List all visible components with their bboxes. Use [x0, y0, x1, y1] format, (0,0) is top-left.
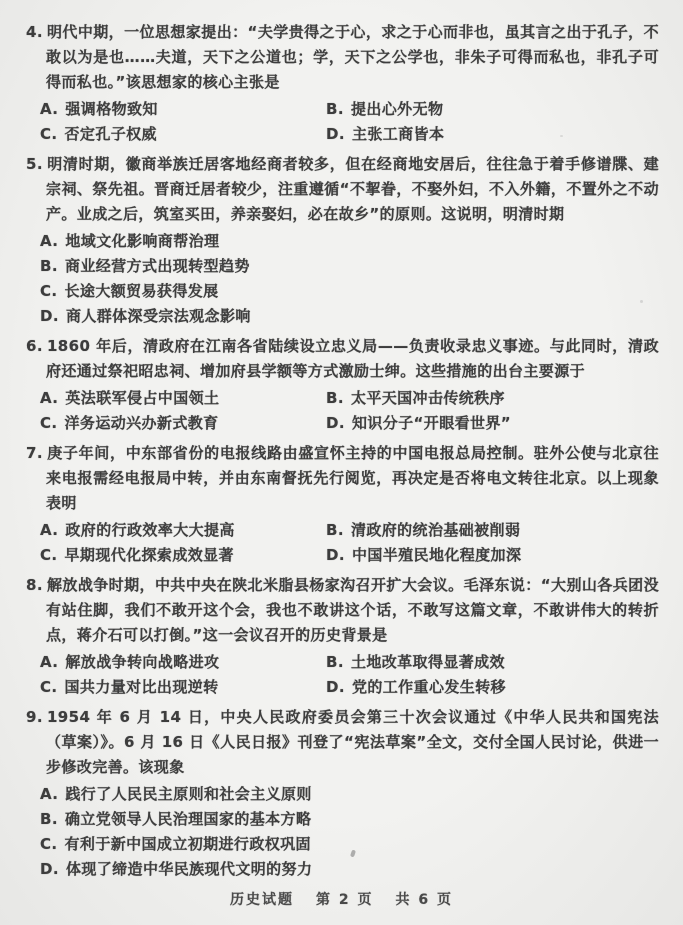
option-text: 地域文化影响商帮治理	[65, 232, 219, 250]
option-text: 商业经营方式出现转型趋势	[65, 257, 250, 275]
exam-page: 4.明代中期，一位思想家提出：“夫学贵得之于心，求之于心而非也，虽其言之出于孔子…	[0, 0, 683, 925]
question-number: 5.	[26, 155, 43, 173]
option-label: B.	[40, 257, 58, 275]
question-stem-line: 5.明清时期，徽商举族迁居客地经商者较多，但在经商地安居后，往往急于着手修谱牒、…	[26, 152, 659, 227]
option-label: D.	[40, 307, 59, 325]
option-label: A.	[40, 653, 58, 671]
option-text: 商人群体深受宗法观念影响	[66, 307, 251, 325]
options: A.地域文化影响商帮治理B.商业经营方式出现转型趋势C.长途大额贸易获得发展D.…	[40, 229, 659, 329]
option-label: C.	[40, 546, 58, 564]
options: A.践行了人民民主原则和社会主义原则B.确立党领导人民治理国家的基本方略C.有利…	[40, 782, 659, 882]
options: A.英法联军侵占中国领土B.太平天国冲击传统秩序C.洋务运动兴办新式教育D.知识…	[40, 386, 659, 436]
option-label: A.	[40, 785, 58, 803]
option-text: 否定孔子权威	[65, 125, 157, 143]
question-number: 9.	[26, 708, 43, 726]
question-block: 4.明代中期，一位思想家提出：“夫学贵得之于心，求之于心而非也，虽其言之出于孔子…	[26, 20, 659, 147]
option-row: D.商人群体深受宗法观念影响	[40, 304, 659, 329]
option-row: D.党的工作重心发生转移	[326, 675, 659, 700]
option-text: 清政府的统治基础被削弱	[351, 521, 520, 539]
question-stem: 1954 年 6 月 14 日，中央人民政府委员会第三十次会议通过《中华人民共和…	[46, 708, 659, 776]
option-label: D.	[326, 678, 345, 696]
option-row: B.土地改革取得显著成效	[326, 650, 659, 675]
option-row: D.体现了缔造中华民族现代文明的努力	[40, 857, 659, 882]
option-row: B.商业经营方式出现转型趋势	[40, 254, 659, 279]
option-text: 早期现代化探索成效显著	[65, 546, 234, 564]
question-stem-line: 4.明代中期，一位思想家提出：“夫学贵得之于心，求之于心而非也，虽其言之出于孔子…	[26, 20, 659, 95]
option-label: A.	[40, 100, 58, 118]
options: A.政府的行政效率大大提高B.清政府的统治基础被削弱C.早期现代化探索成效显著D…	[40, 518, 659, 568]
question-stem: 1860 年后，清政府在江南各省陆续设立忠义局——负责收录忠义事迹。与此同时，清…	[46, 337, 659, 380]
option-text: 提出心外无物	[351, 100, 443, 118]
option-label: B.	[326, 389, 344, 407]
option-row: A.解放战争转向战略进攻	[40, 650, 326, 675]
option-label: C.	[40, 282, 58, 300]
option-text: 体现了缔造中华民族现代文明的努力	[66, 860, 312, 878]
option-row: C.洋务运动兴办新式教育	[40, 411, 326, 436]
options: A.解放战争转向战略进攻B.土地改革取得显著成效C.国共力量对比出现逆转D.党的…	[40, 650, 659, 700]
option-label: A.	[40, 232, 58, 250]
option-label: A.	[40, 521, 58, 539]
option-text: 确立党领导人民治理国家的基本方略	[65, 810, 311, 828]
option-text: 政府的行政效率大大提高	[65, 521, 234, 539]
option-row: D.中国半殖民地化程度加深	[326, 543, 659, 568]
option-text: 国共力量对比出现逆转	[65, 678, 219, 696]
option-row: B.清政府的统治基础被削弱	[326, 518, 659, 543]
question-stem-line: 8.解放战争时期，中共中央在陕北米脂县杨家沟召开扩大会议。毛泽东说：“大别山各兵…	[26, 573, 659, 648]
option-row: C.早期现代化探索成效显著	[40, 543, 326, 568]
option-row: A.政府的行政效率大大提高	[40, 518, 326, 543]
question-block: 9.1954 年 6 月 14 日，中央人民政府委员会第三十次会议通过《中华人民…	[26, 705, 659, 882]
question-block: 6.1860 年后，清政府在江南各省陆续设立忠义局——负责收录忠义事迹。与此同时…	[26, 334, 659, 436]
option-label: B.	[326, 100, 344, 118]
option-text: 强调格物致知	[65, 100, 157, 118]
option-row: B.太平天国冲击传统秩序	[326, 386, 659, 411]
option-label: D.	[40, 860, 59, 878]
option-label: B.	[40, 810, 58, 828]
question-stem: 明代中期，一位思想家提出：“夫学贵得之于心，求之于心而非也，虽其言之出于孔子，不…	[46, 23, 659, 91]
option-row: B.提出心外无物	[326, 97, 659, 122]
option-row: C.国共力量对比出现逆转	[40, 675, 326, 700]
option-row: A.践行了人民民主原则和社会主义原则	[40, 782, 659, 807]
option-text: 践行了人民民主原则和社会主义原则	[65, 785, 311, 803]
option-row: D.知识分子“开眼看世界”	[326, 411, 659, 436]
option-text: 太平天国冲击传统秩序	[351, 389, 505, 407]
option-text: 洋务运动兴办新式教育	[65, 414, 219, 432]
question-number: 6.	[26, 337, 43, 355]
option-row: D.主张工商皆本	[326, 122, 659, 147]
question-stem-line: 7.庚子年间，中东部省份的电报线路由盛宣怀主持的中国电报总局控制。驻外公使与北京…	[26, 441, 659, 516]
option-row: A.英法联军侵占中国领土	[40, 386, 326, 411]
options: A.强调格物致知B.提出心外无物C.否定孔子权威D.主张工商皆本	[40, 97, 659, 147]
option-label: A.	[40, 389, 58, 407]
question-number: 7.	[26, 444, 43, 462]
question-stem-line: 9.1954 年 6 月 14 日，中央人民政府委员会第三十次会议通过《中华人民…	[26, 705, 659, 780]
question-number: 4.	[26, 23, 43, 41]
question-stem: 庚子年间，中东部省份的电报线路由盛宣怀主持的中国电报总局控制。驻外公使与北京往来…	[46, 444, 659, 512]
question-stem: 明清时期，徽商举族迁居客地经商者较多，但在经商地安居后，往往急于着手修谱牒、建宗…	[46, 155, 659, 223]
footer-page-number: 第 2 页	[316, 889, 374, 909]
option-text: 党的工作重心发生转移	[352, 678, 506, 696]
question-block: 7.庚子年间，中东部省份的电报线路由盛宣怀主持的中国电报总局控制。驻外公使与北京…	[26, 441, 659, 568]
option-label: C.	[40, 125, 58, 143]
option-row: A.强调格物致知	[40, 97, 326, 122]
option-label: D.	[326, 546, 345, 564]
option-row: C.有利于新中国成立初期进行政权巩固	[40, 832, 659, 857]
question-list: 4.明代中期，一位思想家提出：“夫学贵得之于心，求之于心而非也，虽其言之出于孔子…	[26, 20, 659, 882]
option-label: B.	[326, 521, 344, 539]
option-label: C.	[40, 414, 58, 432]
option-label: D.	[326, 125, 345, 143]
option-text: 英法联军侵占中国领土	[65, 389, 219, 407]
page-footer: 历史试题 第 2 页 共 6 页	[0, 889, 683, 909]
option-row: A.地域文化影响商帮治理	[40, 229, 659, 254]
option-text: 知识分子“开眼看世界”	[352, 414, 511, 432]
option-text: 长途大额贸易获得发展	[65, 282, 219, 300]
question-block: 5.明清时期，徽商举族迁居客地经商者较多，但在经商地安居后，往往急于着手修谱牒、…	[26, 152, 659, 329]
option-label: D.	[326, 414, 345, 432]
footer-doc-title: 历史试题	[230, 889, 294, 909]
scan-artifact	[640, 300, 643, 303]
option-label: C.	[40, 835, 58, 853]
option-row: C.否定孔子权威	[40, 122, 326, 147]
scan-artifact	[560, 135, 563, 137]
question-number: 8.	[26, 576, 43, 594]
option-text: 主张工商皆本	[352, 125, 444, 143]
option-row: B.确立党领导人民治理国家的基本方略	[40, 807, 659, 832]
option-text: 中国半殖民地化程度加深	[352, 546, 521, 564]
option-text: 有利于新中国成立初期进行政权巩固	[65, 835, 311, 853]
question-block: 8.解放战争时期，中共中央在陕北米脂县杨家沟召开扩大会议。毛泽东说：“大别山各兵…	[26, 573, 659, 700]
option-text: 解放战争转向战略进攻	[65, 653, 219, 671]
question-stem: 解放战争时期，中共中央在陕北米脂县杨家沟召开扩大会议。毛泽东说：“大别山各兵团没…	[46, 576, 659, 644]
option-row: C.长途大额贸易获得发展	[40, 279, 659, 304]
question-stem-line: 6.1860 年后，清政府在江南各省陆续设立忠义局——负责收录忠义事迹。与此同时…	[26, 334, 659, 384]
option-label: B.	[326, 653, 344, 671]
option-label: C.	[40, 678, 58, 696]
option-text: 土地改革取得显著成效	[351, 653, 505, 671]
footer-total-pages: 共 6 页	[396, 889, 454, 909]
